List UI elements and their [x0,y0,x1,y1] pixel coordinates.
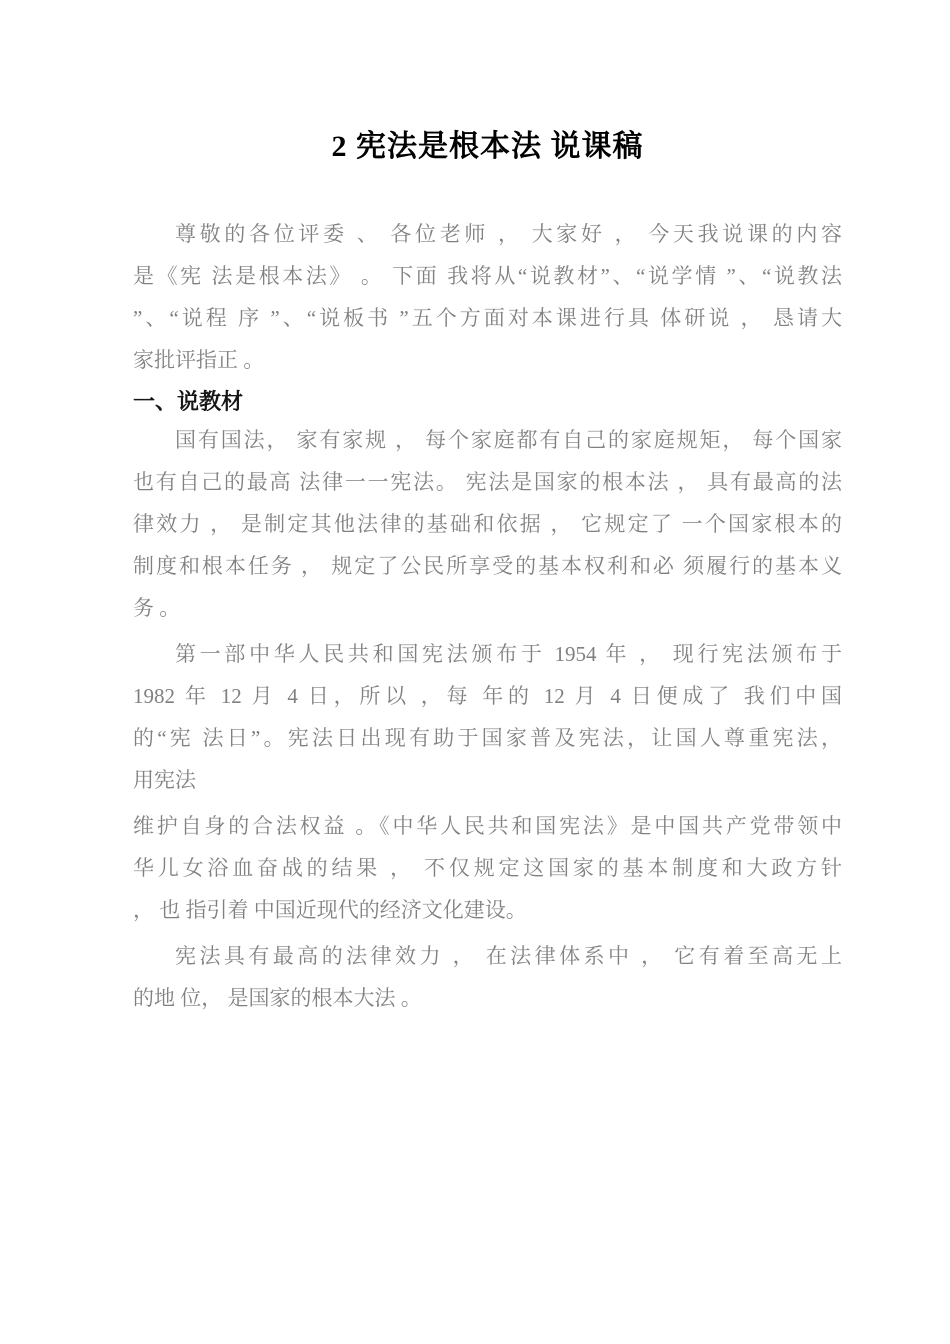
text-line: 的地 位， 是国家的根本大法 。 [133,977,842,1019]
text-line: 也有自己的最高 法律一一宪法。 宪法是国家的根本法 ， 具有最高的法 [133,461,842,503]
paragraph: 国有国法， 家有家规 ， 每个家庭都有自己的家庭规矩， 每个国家 也有自己的最高… [133,419,842,629]
text-line: 是《宪 法是根本法》 。 下面 我将从“说教材”、“说学情 ”、“说教法 [133,255,842,297]
text-line: 用宪法 [133,759,842,801]
doc-title: 2 宪法是根本法 说课稿 [133,127,842,167]
text-line: 宪法具有最高的法律效力 ， 在法律体系中 ， 它有着至高无上 [133,935,842,977]
paragraph: 维护自身的合法权益 。《中华人民共和国宪法》是中国共产党带领中 华儿女浴血奋战的… [133,805,842,931]
text-line: ， 也 指引着 中国近现代的经济文化建设。 [133,889,842,931]
text-line: 的“宪 法日”。宪法日出现有助于国家普及宪法，让国人尊重宪法， [133,717,842,759]
text-line: ”、“说程 序 ”、“说板书 ”五个方面对本课进行具 体研说 ， 恳请大 [133,297,842,339]
paragraph: 宪法具有最高的法律效力 ， 在法律体系中 ， 它有着至高无上 的地 位， 是国家… [133,935,842,1019]
text-line: 制度和根本任务 ， 规定了公民所享受的基本权利和必 须履行的基本义 [133,545,842,587]
text-line: 律效力 ， 是制定其他法律的基础和依据 ， 它规定了 一个国家根本的 [133,503,842,545]
document-page: 2 宪法是根本法 说课稿 尊敬的各位评委 、 各位老师 ， 大家好 ， 今天我说… [0,0,950,1344]
text-line: 华儿女浴血奋战的结果 ， 不仅规定这国家的基本制度和大政方针 [133,847,842,889]
intro-paragraph: 尊敬的各位评委 、 各位老师 ， 大家好 ， 今天我说课的内容 是《宪 法是根本… [133,213,842,381]
text-line: 尊敬的各位评委 、 各位老师 ， 大家好 ， 今天我说课的内容 [133,213,842,255]
text-line: 务 。 [133,587,842,629]
section-heading: 一、说教材 [133,385,842,419]
paragraph: 第一部中华人民共和国宪法颁布于 1954 年 ， 现行宪法颁布于 1982 年 … [133,633,842,801]
text-line: 家批评指正 。 [133,339,842,381]
text-line: 第一部中华人民共和国宪法颁布于 1954 年 ， 现行宪法颁布于 [133,633,842,675]
text-line: 维护自身的合法权益 。《中华人民共和国宪法》是中国共产党带领中 [133,805,842,847]
text-line: 1982 年 12 月 4 日，所以 ，每 年的 12 月 4 日便成了 我们中… [133,675,842,717]
text-line: 国有国法， 家有家规 ， 每个家庭都有自己的家庭规矩， 每个国家 [133,419,842,461]
